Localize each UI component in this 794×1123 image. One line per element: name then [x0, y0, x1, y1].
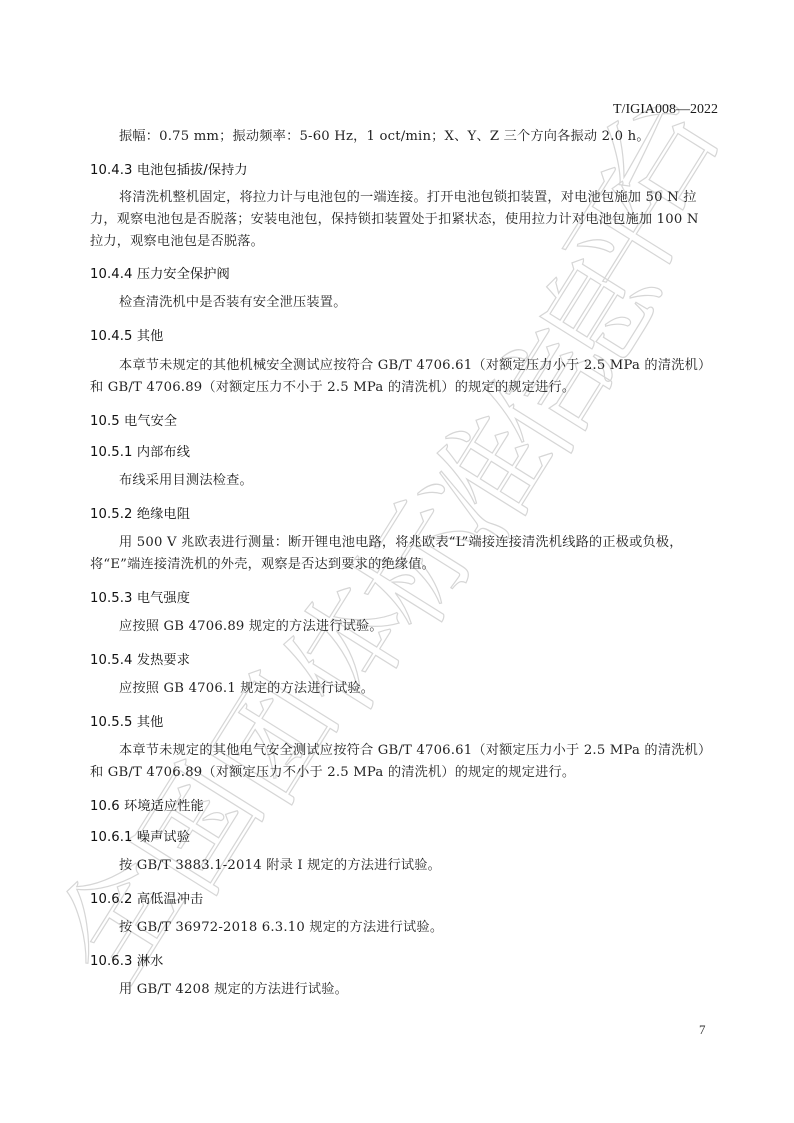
- section-heading-10-5-4: 10.5.4 发热要求: [90, 649, 190, 668]
- paragraph-line: 检查清洗机中是否装有安全泄压装置。: [90, 292, 716, 314]
- paragraph-line: 用 GB/T 4208 规定的方法进行试验。: [90, 979, 716, 1001]
- section-heading-10-5-2: 10.5.2 绝缘电阻: [90, 503, 190, 522]
- section-heading-10-4-3: 10.4.3 电池包插拔/保持力: [90, 159, 248, 178]
- paragraph-line: 按 GB/T 36972-2018 6.3.10 规定的方法进行试验。: [90, 917, 716, 939]
- paragraph-10-4-4: 检查清洗机中是否装有安全泄压装置。: [90, 292, 716, 314]
- paragraph-10-5-5: 本章节未规定的其他电气安全测试应按符合 GB/T 4706.61（对额定压力小于…: [90, 740, 716, 784]
- paragraph-line: 拉力，观察电池包是否脱落。: [90, 231, 716, 253]
- paragraph-10-5-3: 应按照 GB 4706.89 规定的方法进行试验。: [90, 616, 716, 638]
- document-code: T/IGIA008—2022: [613, 102, 718, 118]
- paragraph-10-5-2: 用 500 V 兆欧表进行测量：断开锂电池电路，将兆欧表“L”端接连接清洗机线路…: [90, 532, 716, 576]
- paragraph-10-5-1: 布线采用目测法检查。: [90, 470, 716, 492]
- paragraph-10-5-4: 应按照 GB 4706.1 规定的方法进行试验。: [90, 678, 716, 700]
- paragraph-10-6-2: 按 GB/T 36972-2018 6.3.10 规定的方法进行试验。: [90, 917, 716, 939]
- paragraph-line: 应按照 GB 4706.89 规定的方法进行试验。: [90, 616, 716, 638]
- paragraph-line: 将“E”端连接清洗机的外壳，观察是否达到要求的绝缘值。: [90, 554, 716, 576]
- section-heading-10-5-1: 10.5.1 内部布线: [90, 441, 190, 460]
- paragraph-line: 按 GB/T 3883.1-2014 附录 I 规定的方法进行试验。: [90, 855, 716, 877]
- paragraph-line: 和 GB/T 4706.89（对额定压力不小于 2.5 MPa 的清洗机）的规定…: [90, 762, 716, 784]
- paragraph-10-4-3: 将清洗机整机固定，将拉力计与电池包的一端连接。打开电池包锁扣装置，对电池包施加 …: [90, 187, 716, 253]
- paragraph-line: 力，观察电池包是否脱落；安装电池包，保持锁扣装置处于扣紧状态，使用拉力计对电池包…: [90, 209, 716, 231]
- paragraph-line: 本章节未规定的其他机械安全测试应按符合 GB/T 4706.61（对额定压力小于…: [90, 355, 716, 377]
- paragraph-line: 应按照 GB 4706.1 规定的方法进行试验。: [90, 678, 716, 700]
- paragraph-10-6-1: 按 GB/T 3883.1-2014 附录 I 规定的方法进行试验。: [90, 855, 716, 877]
- paragraph-vibration: 振幅：0.75 mm；振动频率：5-60 Hz，1 oct/min；X、Y、Z …: [90, 126, 716, 148]
- section-heading-10-6-1: 10.6.1 噪声试验: [90, 826, 190, 845]
- section-heading-10-5: 10.5 电气安全: [90, 410, 177, 429]
- paragraph-line: 布线采用目测法检查。: [90, 470, 716, 492]
- paragraph-line: 振幅：0.75 mm；振动频率：5-60 Hz，1 oct/min；X、Y、Z …: [90, 126, 716, 148]
- page-number: 7: [699, 1022, 706, 1038]
- section-heading-10-6-3: 10.6.3 淋水: [90, 950, 163, 969]
- section-heading-10-4-5: 10.4.5 其他: [90, 325, 163, 344]
- section-heading-10-4-4: 10.4.4 压力安全保护阀: [90, 263, 230, 282]
- document-page: 全 国 团 体 标 准 信 息 平 台 T/IGIA008—2022 振幅：0.…: [0, 0, 794, 1123]
- paragraph-line: 用 500 V 兆欧表进行测量：断开锂电池电路，将兆欧表“L”端接连接清洗机线路…: [90, 532, 716, 554]
- paragraph-line: 和 GB/T 4706.89（对额定压力不小于 2.5 MPa 的清洗机）的规定…: [90, 377, 716, 399]
- paragraph-line: 本章节未规定的其他电气安全测试应按符合 GB/T 4706.61（对额定压力小于…: [90, 740, 716, 762]
- section-heading-10-6: 10.6 环境适应性能: [90, 795, 204, 814]
- section-heading-10-5-5: 10.5.5 其他: [90, 711, 163, 730]
- paragraph-line: 将清洗机整机固定，将拉力计与电池包的一端连接。打开电池包锁扣装置，对电池包施加 …: [90, 187, 716, 209]
- paragraph-10-4-5: 本章节未规定的其他机械安全测试应按符合 GB/T 4706.61（对额定压力小于…: [90, 355, 716, 399]
- paragraph-10-6-3: 用 GB/T 4208 规定的方法进行试验。: [90, 979, 716, 1001]
- section-heading-10-6-2: 10.6.2 高低温冲击: [90, 888, 203, 907]
- watermark-char: 体: [268, 568, 431, 731]
- section-heading-10-5-3: 10.5.3 电气强度: [90, 587, 190, 606]
